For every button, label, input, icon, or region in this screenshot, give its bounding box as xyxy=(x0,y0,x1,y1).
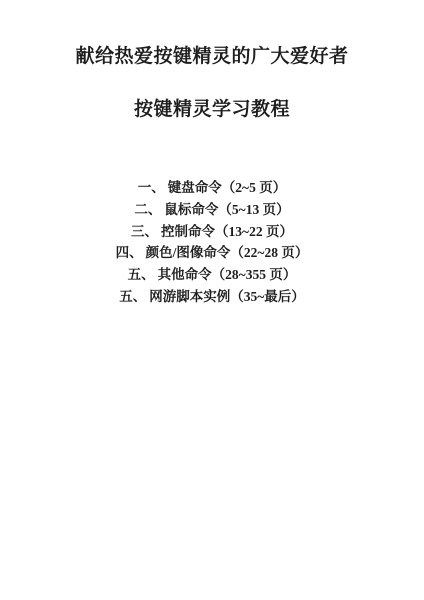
toc-item-pages: （35~最后） xyxy=(230,289,305,304)
toc-item: 三、控制命令（13~22 页） xyxy=(0,221,424,243)
toc-item-title: 鼠标命令 xyxy=(164,202,218,217)
toc-item-pages: （28~355 页） xyxy=(212,267,297,282)
toc-item-title: 颜色/图像命令 xyxy=(146,245,231,260)
toc-item: 二、鼠标命令（5~13 页） xyxy=(0,199,424,221)
toc-item-title: 其他命令 xyxy=(158,267,212,282)
toc-item-number: 五、 xyxy=(119,289,146,304)
toc-item-number: 二、 xyxy=(134,202,161,217)
toc-item-pages: （2~5 页） xyxy=(222,180,286,195)
document-title: 献给热爱按键精灵的广大爱好者 xyxy=(0,0,424,68)
toc-item: 一、键盘命令（2~5 页） xyxy=(0,177,424,199)
toc-item-pages: （22~28 页） xyxy=(230,245,308,260)
document-subtitle: 按键精灵学习教程 xyxy=(0,99,424,121)
toc-item-title: 控制命令 xyxy=(161,224,215,239)
toc-item: 四、颜色/图像命令（22~28 页） xyxy=(0,242,424,264)
toc-item-title: 键盘命令 xyxy=(168,180,222,195)
toc-item-number: 三、 xyxy=(131,224,158,239)
document-page: 献给热爱按键精灵的广大爱好者 按键精灵学习教程 一、键盘命令（2~5 页） 二、… xyxy=(0,0,424,600)
table-of-contents: 一、键盘命令（2~5 页） 二、鼠标命令（5~13 页） 三、控制命令（13~2… xyxy=(0,177,424,308)
toc-item: 五、其他命令（28~355 页） xyxy=(0,264,424,286)
toc-item: 五、网游脚本实例（35~最后） xyxy=(0,286,424,308)
toc-item-number: 四、 xyxy=(116,245,143,260)
toc-item-number: 五、 xyxy=(128,267,155,282)
toc-item-pages: （13~22 页） xyxy=(215,224,293,239)
toc-item-pages: （5~13 页） xyxy=(218,202,289,217)
toc-item-number: 一、 xyxy=(138,180,165,195)
toc-item-title: 网游脚本实例 xyxy=(149,289,230,304)
